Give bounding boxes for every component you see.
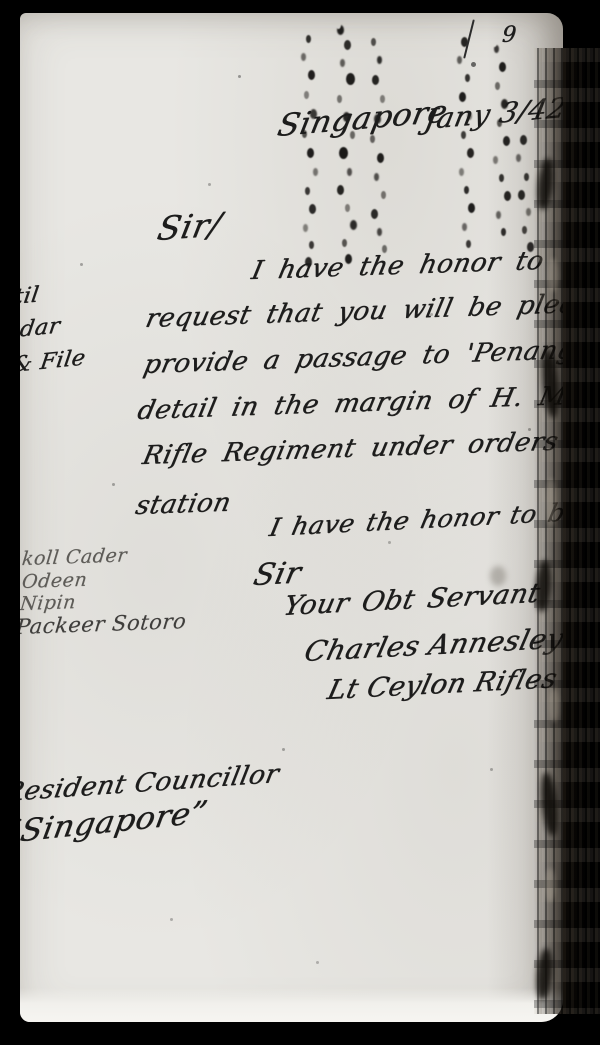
margin-detail-line: adar [20, 314, 62, 344]
stray-pen-stroke [463, 19, 475, 58]
binding-gutter-edge [534, 48, 600, 1014]
binding-highlight [546, 478, 556, 528]
closing-line: I have the honor to be [267, 497, 563, 542]
ink-bleed-column [492, 39, 497, 47]
scanned-letter-page: { "page_number": "9", "heading": { "plac… [0, 0, 600, 1045]
body-line: provide a passage to 'Penang' for the [141, 331, 563, 380]
signature-name: Charles Annesley [301, 622, 563, 668]
closing-line: Sir [250, 556, 304, 593]
under-page-edge [20, 988, 563, 1022]
salutation: Sir/ [154, 205, 225, 248]
body-line: request that you will be pleased to [143, 286, 563, 334]
margin-name-line: koll Cader [21, 544, 128, 570]
binding-highlight [548, 258, 558, 292]
binding-highlight [549, 688, 559, 722]
margin-detail-line: & File [20, 346, 87, 378]
letter-sheet: 9 Singapore Jany 3/42 Sir/ I have the ho… [20, 13, 563, 1022]
margin-name-line: Nipin [20, 591, 77, 615]
ink-bleed-column [370, 29, 375, 37]
margin-detail-line: til [20, 283, 41, 310]
margin-name-line: Packeer Sotoro [20, 609, 188, 639]
ink-bleed-column [336, 21, 341, 29]
body-line: Rifle Regiment under orders for that [140, 422, 563, 471]
body-line: I have the honor to [249, 246, 547, 286]
folio-page-number: 9 [501, 22, 517, 48]
ink-bleed-column [518, 128, 523, 136]
ink-bleed-column [303, 27, 308, 35]
ink-bleed-column [458, 31, 463, 39]
paper-specks [20, 13, 23, 16]
signature-unit: Lt Ceylon Rifles [324, 663, 560, 706]
margin-name-line: Odeen [21, 569, 89, 593]
body-line: detail in the margin of H. M Ceylon [135, 377, 563, 426]
closing-line: Your Obt Servant [281, 578, 543, 622]
body-line: station [133, 488, 234, 521]
binding-highlight [545, 868, 555, 902]
